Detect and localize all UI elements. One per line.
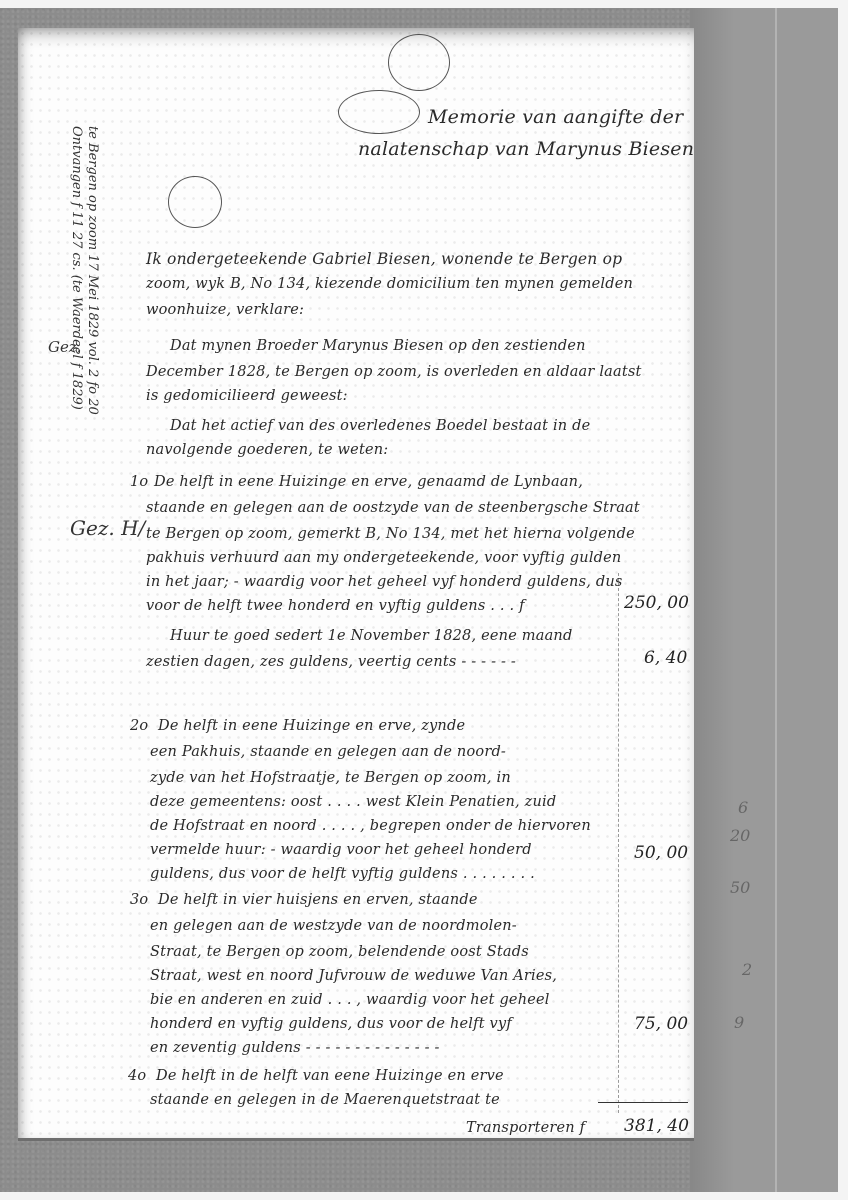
item3-line: Straat, te Bergen op zoom, belendende oo… <box>150 944 529 960</box>
rent-amount: 6, 40 <box>644 648 687 668</box>
assets-line: navolgende goederen, te weten: <box>146 442 388 458</box>
bleed-through-number: 6 <box>738 798 748 817</box>
document-title-line1: Memorie van aangifte der <box>428 106 683 128</box>
rent-line: zestien dagen, zes guldens, veertig cent… <box>146 654 516 670</box>
death-line: Dat mynen Broeder Marynus Biesen op den … <box>170 338 586 354</box>
item2-line: de Hofstraat en noord . . . . , begrepen… <box>150 818 591 834</box>
item1-line: in het jaar; - waardig voor het geheel v… <box>146 574 623 590</box>
manuscript-page: Memorie van aangifte der nalatenschap va… <box>18 28 694 1141</box>
transport-label: Transporteren f <box>466 1120 585 1136</box>
item-number: 1o <box>130 474 148 490</box>
item3-line: bie en anderen en zuid . . . , waardig v… <box>150 992 550 1008</box>
item1-line: te Bergen op zoom, gemerkt B, No 134, me… <box>146 526 635 542</box>
bleed-through-number: 9 <box>734 1013 744 1032</box>
item3-amount: 75, 00 <box>634 1014 688 1034</box>
item1-amount: 250, 00 <box>624 593 689 613</box>
flourish-line <box>598 1102 688 1103</box>
item2-line: deze gemeentens: oost . . . . west Klein… <box>150 794 556 810</box>
item2-line: guldens, dus voor de helft vyftig gulden… <box>150 866 535 882</box>
bleed-through-number: 20 <box>730 826 750 845</box>
item3-line: en gelegen aan de westzyde van de noordm… <box>150 918 517 934</box>
item2-amount: 50, 00 <box>634 843 688 863</box>
item3-line: De helft in vier huisjens en erven, staa… <box>158 892 478 908</box>
death-line: is gedomicilieerd geweest: <box>146 388 348 404</box>
bleed-through-number: 2 <box>742 960 752 979</box>
page-fold <box>775 8 777 1192</box>
flourish-ornament <box>338 90 420 134</box>
item2-line: zyde van het Hofstraatje, te Bergen op z… <box>150 770 511 786</box>
transport-amount: 381, 40 <box>624 1116 689 1136</box>
item2-line: een Pakhuis, staande en gelegen aan de n… <box>150 744 506 760</box>
item4-line: staande en gelegen in de Maerenquetstraa… <box>150 1092 500 1108</box>
intro-line: Ik ondergeteekende Gabriel Biesen, wonen… <box>146 250 622 268</box>
margin-registration-note-2: Ontvangen f 11 27 cs. (te Waerdeel f 182… <box>69 126 84 410</box>
flourish-ornament <box>168 176 222 228</box>
item1-line: pakhuis verhuurd aan my ondergeteekende,… <box>146 550 621 566</box>
item2-line: De helft in eene Huizinge en erve, zynde <box>158 718 465 734</box>
margin-initials: Gez. <box>48 338 82 356</box>
adjacent-page-strip: 6 20 50 2 9 <box>690 8 838 1192</box>
amount-column-rule <box>618 573 619 1113</box>
death-line: December 1828, te Bergen op zoom, is ove… <box>146 364 642 380</box>
item2-line: vermelde huur: - waardig voor het geheel… <box>150 842 532 858</box>
flourish-ornament <box>388 34 450 91</box>
item3-line: Straat, west en noord Jufvrouw de weduwe… <box>150 968 557 984</box>
item4-line: De helft in de helft van eene Huizinge e… <box>156 1068 504 1084</box>
margin-signature: Gez. H/ <box>70 516 145 540</box>
item1-line: De helft in eene Huizinge en erve, genaa… <box>154 474 583 490</box>
intro-line: woonhuize, verklare: <box>146 302 304 318</box>
item1-line: staande en gelegen aan de oostzyde van d… <box>146 500 640 516</box>
document-title-line2: nalatenschap van Marynus Biesen <box>358 138 694 160</box>
item-number: 2o <box>130 718 148 734</box>
bleed-through-number: 50 <box>730 878 750 897</box>
item3-line: honderd en vyftig guldens, dus voor de h… <box>150 1016 512 1032</box>
intro-line: zoom, wyk B, No 134, kiezende domicilium… <box>146 276 633 292</box>
item1-line: voor de helft twee honderd en vyftig gul… <box>146 598 525 614</box>
rent-line: Huur te goed sedert 1e November 1828, ee… <box>170 628 572 644</box>
assets-line: Dat het actief van des overledenes Boede… <box>170 418 590 434</box>
item-number: 4o <box>128 1068 146 1084</box>
margin-registration-note-1: te Bergen op zoom 17 Mei 1829 vol. 2 fo … <box>85 126 100 415</box>
item3-line: en zeventig guldens - - - - - - - - - - … <box>150 1040 440 1056</box>
item-number: 3o <box>130 892 148 908</box>
